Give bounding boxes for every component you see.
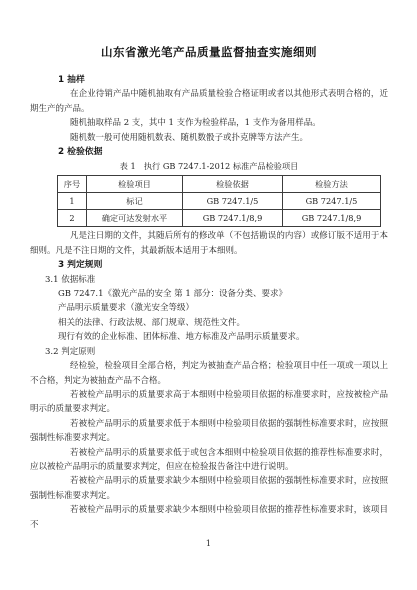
section-3-paragraph: 若被检产品明示的质量要求缺少本细则中检验项目依据的强制性标准要求时，应按照强制性… [30, 474, 388, 503]
document-content: 山东省激光笔产品质量监督抽查实施细则 1 抽样 在企业待销产品中随机抽取有产品质… [30, 44, 388, 532]
table-header-cell: 检验依据 [183, 176, 283, 193]
page-number: 1 [0, 539, 417, 549]
table-row: 1 标记 GB 7247.1/5 GB 7247.1/5 [58, 193, 381, 210]
table-row: 2 确定可达发射水平 GB 7247.1/8,9 GB 7247.1/8,9 [58, 210, 381, 227]
section-1-paragraph: 随机数一般可使用随机数表、随机数骰子或扑克牌等方法产生。 [30, 131, 388, 145]
table-cell: 确定可达发射水平 [87, 210, 183, 227]
section-3-paragraph: 若被检产品明示的质量要求低于本细则中检验项目依据的强制性标准要求时，应按照强制性… [30, 417, 388, 446]
table-cell: GB 7247.1/8,9 [283, 210, 381, 227]
standard-reference-line: 现行有效的企业标准、团体标准、地方标准及产品明示质量要求。 [58, 330, 388, 344]
document-page: 山东省激光笔产品质量监督抽查实施细则 1 抽样 在企业待销产品中随机抽取有产品质… [0, 0, 417, 590]
section-3-paragraph: 经检验，检验项目全部合格，判定为被抽查产品合格；检验项目中任一项或一项以上不合格… [30, 359, 388, 388]
table-cell: GB 7247.1/5 [183, 193, 283, 210]
document-title: 山东省激光笔产品质量监督抽查实施细则 [30, 44, 388, 60]
table-header-cell: 检验项目 [87, 176, 183, 193]
subsection-3-2-heading: 3.2 判定原则 [45, 345, 388, 359]
table-cell: 1 [58, 193, 87, 210]
table-cell: 2 [58, 210, 87, 227]
table-cell: GB 7247.1/8,9 [183, 210, 283, 227]
table-header-row: 序号 检验项目 检验依据 检验方法 [58, 176, 381, 193]
section-3-paragraph: 若被检产品明示的质量要求高于本细则中检验项目依据的标准要求时，应按被检产品明示的… [30, 388, 388, 417]
section-2-heading: 2 检验依据 [58, 145, 388, 159]
table-cell: GB 7247.1/5 [283, 193, 381, 210]
section-3-paragraph: 若被检产品明示的质量要求缺少本细则中检验项目依据的推荐性标准要求时，该项目不 [30, 503, 388, 532]
inspection-items-table: 序号 检验项目 检验依据 检验方法 1 标记 GB 7247.1/5 GB 72… [57, 175, 381, 227]
standard-reference-line: GB 7247.1《激光产品的安全 第 1 部分：设备分类、要求》 [58, 287, 388, 301]
table-caption: 表 1 执行 GB 7247.1-2012 标准产品检验项目 [30, 159, 388, 173]
standard-reference-line: 相关的法律、行政法规、部门规章、规范性文件。 [58, 316, 388, 330]
table-header-cell: 检验方法 [283, 176, 381, 193]
section-1-paragraph: 在企业待销产品中随机抽取有产品质量检验合格证明或者以其他形式表明合格的，近期生产… [30, 87, 388, 116]
table-header-cell: 序号 [58, 176, 87, 193]
subsection-3-1-heading: 3.1 依据标准 [45, 273, 388, 287]
section-1-heading: 1 抽样 [58, 73, 388, 87]
section-3-heading: 3 判定规则 [58, 258, 388, 272]
section-2-paragraph: 凡是注日期的文件，其随后所有的修改单（不包括勘误的内容）或修订版不适用于本细则。… [30, 229, 388, 258]
section-3-paragraph: 若被检产品明示的质量要求低于或包含本细则中检验项目依据的推荐性标准要求时，应以被… [30, 446, 388, 475]
table-cell: 标记 [87, 193, 183, 210]
section-1-paragraph: 随机抽取样品 2 支，其中 1 支作为检验样品，1 支作为备用样品。 [30, 116, 388, 130]
standard-reference-line: 产品明示质量要求（激光安全等级） [58, 301, 388, 315]
